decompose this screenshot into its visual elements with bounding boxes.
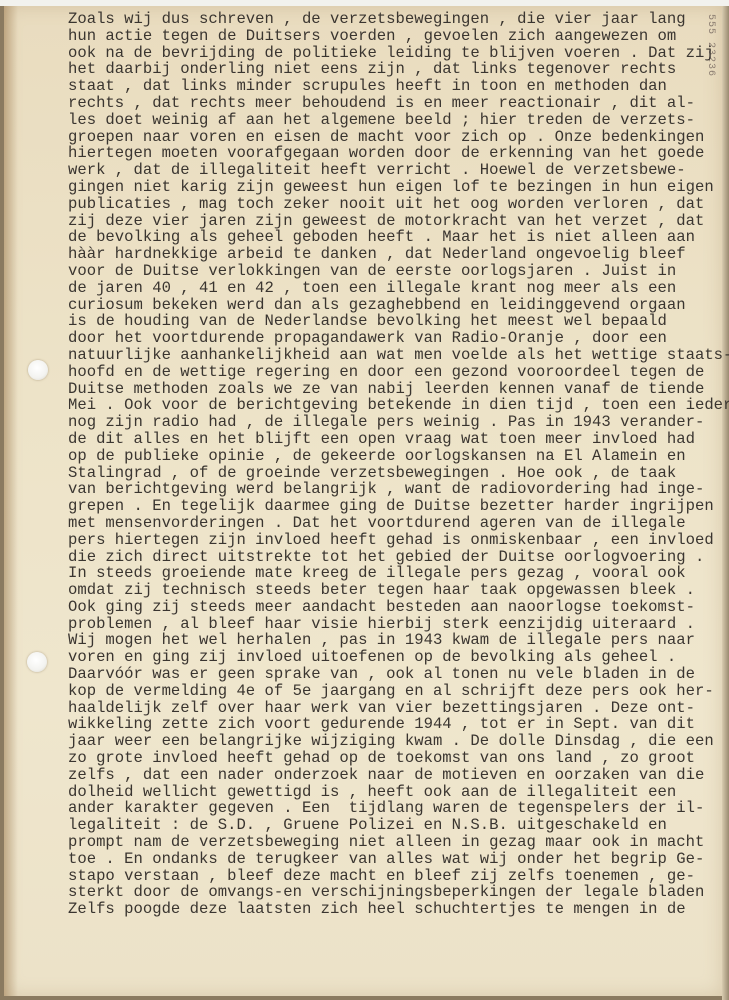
text-line: door het voortdurende propagandawerk van… [68,330,729,347]
text-line: op de publieke opinie , de gekeerde oorl… [68,448,729,465]
text-line: In steeds groeiende mate kreeg de illega… [68,565,729,582]
text-line: problemen , al bleef haar visie hierbij … [68,616,729,633]
text-line: omdat zij technisch steeds beter tegen h… [68,582,729,599]
text-line: zo grote invloed heeft gehad op de toeko… [68,750,729,767]
text-line: Zoals wij dus schreven , de verzetsbeweg… [68,11,729,28]
text-line: gingen niet karig zijn geweest hun eigen… [68,179,729,196]
text-line: hiertegen moeten voorafgegaan worden doo… [68,145,729,162]
text-line: het daarbij onderling niet eens zijn , d… [68,61,729,78]
text-line: sterkt door de omvangs-en verschijningsb… [68,884,729,901]
text-line: hààr hardnekkige arbeid te danken , dat … [68,246,729,263]
text-line: zelfs , dat een nader onderzoek naar de … [68,767,729,784]
text-line: stapo verstaan , bleef deze macht en ble… [68,868,729,885]
text-line: rechts , dat rechts meer behoudend is en… [68,95,729,112]
punch-hole-top [28,360,48,380]
text-line: zij deze vier jaren zijn geweest de moto… [68,213,729,230]
text-line: prompt nam de verzetsbeweging niet allee… [68,834,729,851]
text-line: is de houding van de Nederlandse bevolki… [68,313,729,330]
text-line: hun actie tegen de Duitsers voerden , ge… [68,28,729,45]
text-line: Daarvóór was er geen sprake van , ook al… [68,666,729,683]
text-line: werk , dat de illegaliteit heeft verrich… [68,162,729,179]
text-line: voor de Duitse verlokkingen van de eerst… [68,263,729,280]
text-line: die zich direct uitstrekte tot het gebie… [68,549,729,566]
text-line: van berichtgeving werd belangrijk , want… [68,481,729,498]
text-line: ook na de bevrijding de politieke leidin… [68,45,729,62]
text-line: Zelfs poogde deze laatsten zich heel sch… [68,901,729,918]
text-line: curiosum bekeken werd dan als gezaghebbe… [68,297,729,314]
text-line: jaar weer een belangrijke wijziging kwam… [68,733,729,750]
text-line: publicaties , mag toch zeker nooit uit h… [68,196,729,213]
text-line: de bevolking als geheel geboden heeft . … [68,229,729,246]
typewritten-body-text: Zoals wij dus schreven , de verzetsbeweg… [68,11,729,918]
text-line: de dit alles en het blijft een open vraa… [68,431,729,448]
text-line: groepen naar voren en eisen de macht voo… [68,129,729,146]
text-line: Ook ging zij steeds meer aandacht bested… [68,599,729,616]
text-line: les doet weinig af aan het algemene beel… [68,112,729,129]
text-line: kop de vermelding 4e of 5e jaargang en a… [68,683,729,700]
text-line: wikkeling zette zich voort gedurende 194… [68,716,729,733]
text-line: voren en ging zij invloed uitoefenen op … [68,649,729,666]
text-line: dolheid wellicht gewettigd is , heeft oo… [68,784,729,801]
text-line: natuurlijke aanhankelijkheid aan wat men… [68,347,729,364]
text-line: Stalingrad , of de groeinde verzetsbeweg… [68,465,729,482]
text-line: toe . En ondanks de terugkeer van alles … [68,851,729,868]
punch-hole-bottom [27,652,47,672]
text-line: met mensenvorderingen . Dat het voortdur… [68,515,729,532]
text-line: de jaren 40 , 41 en 42 , toen een illega… [68,280,729,297]
text-line: Duitse methoden zoals we ze van nabij le… [68,381,729,398]
text-line: hoofd en de wettige regering en door een… [68,364,729,381]
text-line: legaliteit : de S.D. , Gruene Polizei en… [68,817,729,834]
text-line: nog zijn radio had , de illegale pers we… [68,414,729,431]
text-line: ander karakter gegeven . Een tijdlang wa… [68,800,729,817]
text-line: grepen . En tegelijk daarmee ging de Dui… [68,498,729,515]
text-line: pers hiertegen zijn invloed heeft gehad … [68,532,729,549]
text-line: Mei . Ook voor de berichtgeving betekend… [68,397,729,414]
text-line: haaldelijk zelf over haar werk van vier … [68,700,729,717]
text-line: Wij mogen het wel herhalen , pas in 1943… [68,632,729,649]
text-line: staat , dat links minder scrupules heeft… [68,78,729,95]
